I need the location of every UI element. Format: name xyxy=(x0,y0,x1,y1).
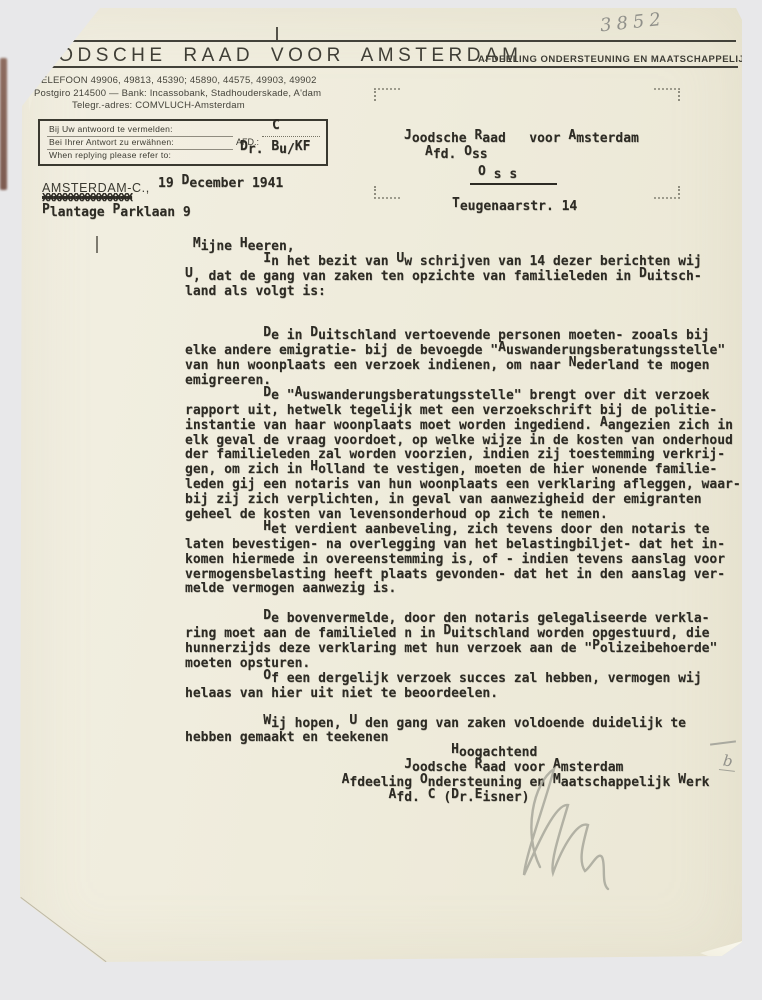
body-line: In het bezit van Uw schrijven van 14 dez… xyxy=(185,255,741,270)
body-line: elk geval de vraag voordoet, op welke wi… xyxy=(185,434,741,449)
recipient-city-text: O s s xyxy=(470,167,557,185)
body-line: U, dat de gang van zaken ten opzichte va… xyxy=(185,270,741,285)
typed-date: 19 December 1941 xyxy=(158,176,283,191)
recipient-line2: Afd. Oss xyxy=(425,147,488,162)
corner-mark-top-left xyxy=(374,88,400,101)
body-line: De "Auswanderungsberatungsstelle" brengt… xyxy=(185,389,741,404)
body-line xyxy=(185,300,741,315)
sender-street: Plantage Parklaan 9 xyxy=(42,205,191,220)
letter-paper: JOODSCHE RAAD VOOR AMSTERDAM AFDEELING O… xyxy=(20,8,742,966)
body-line: vermogensbelasting heeft plaats gevonden… xyxy=(185,568,741,583)
stray-tick-mark xyxy=(96,236,98,253)
body-line: land als volgt is: xyxy=(185,285,741,300)
ref-line-de: Bei Ihrer Antwort zu erwähnen: xyxy=(49,137,174,147)
recipient-city: O s s xyxy=(470,167,557,185)
body-line: helaas van hier uit niet te beoordeelen. xyxy=(185,687,741,702)
body-line: melde vermogen aanwezig is. xyxy=(185,582,741,597)
body-line: De bovenvermelde, door den notaris geleg… xyxy=(185,612,741,627)
body-line: gen, om zich in Holland te vestigen, moe… xyxy=(185,463,741,478)
afd-dotted-line xyxy=(262,136,320,137)
letter-body: Mijne Heeren, In het bezit van Uw schrij… xyxy=(185,240,741,806)
scanned-letter-scene: JOODSCHE RAAD VOOR AMSTERDAM AFDEELING O… xyxy=(0,0,762,1000)
body-line: der familieleden zal worden voorzien, in… xyxy=(185,448,741,463)
recipient-street: Teugenaarstr. 14 xyxy=(452,199,577,214)
body-line: bij zij zich verplichten, in geval van a… xyxy=(185,493,741,508)
body-line: elke andere emigratie- bij de bevoegde "… xyxy=(185,344,741,359)
ref-line-en: When replying please refer to: xyxy=(49,150,171,160)
letterhead-rule-bottom xyxy=(34,66,738,68)
body-line: instantie van haar woonplaats moet worde… xyxy=(185,419,741,434)
bank-line: Postgiro 214500 — Bank: Incassobank, Sta… xyxy=(34,88,321,99)
folded-corner-bottom-right xyxy=(700,938,746,967)
body-line: komen hiermede in overeenstemming is, of… xyxy=(185,553,741,568)
faint-stamp-mark xyxy=(34,44,56,66)
afd-value: C xyxy=(272,121,280,136)
body-line: rapport uit, hetwelk tegelijk met een ve… xyxy=(185,404,741,419)
body-line: Wij hopen, U den gang van zaken voldoend… xyxy=(185,717,741,732)
body-line: Het verdient aanbeveling, zich tevens do… xyxy=(185,523,741,538)
telegraph-line: Telegr.-adres: COMVLUCH-Amsterdam xyxy=(72,100,245,111)
ref-line-nl: Bij Uw antwoord te vermelden: xyxy=(49,124,173,134)
body-line: Of een dergelijk verzoek succes zal hebb… xyxy=(185,672,741,687)
fold-tick-mark xyxy=(276,27,278,40)
corner-mark-bottom-left xyxy=(374,186,400,199)
body-line: De in Duitschland vertoevende personen m… xyxy=(185,329,741,344)
letterhead-rule-top xyxy=(30,40,736,42)
dept-title: AFDEELING ONDERSTEUNING EN MAATSCHAPPELI… xyxy=(478,54,762,65)
body-line: laten bevestigen- na overlegging van het… xyxy=(185,538,741,553)
body-line: leden gij een notaris van hun woonplaats… xyxy=(185,478,741,493)
scan-edge-artifact xyxy=(0,58,7,190)
body-line: hunnerzijds deze verklaring met hun verz… xyxy=(185,642,741,657)
ref-code: Dr. Bu/KF xyxy=(240,142,310,157)
reference-box: Bij Uw antwoord te vermelden: Bei Ihrer … xyxy=(38,119,328,166)
pencil-signature-scribble xyxy=(455,745,675,895)
recipient-line1: Joodsche Raad voor Amsterdam xyxy=(404,131,639,146)
crease-bottom-left xyxy=(20,897,106,962)
body-line: van hun woonplaats een verzoek indienen,… xyxy=(185,359,741,374)
phone-line: TELEFOON 49906, 49813, 45390; 45890, 445… xyxy=(35,75,317,86)
corner-mark-bottom-right xyxy=(654,186,680,199)
pencil-archive-number: 3852 xyxy=(599,9,667,37)
body-line: ring moet aan de familieled n in Duitsch… xyxy=(185,627,741,642)
pencil-letter-mark: b xyxy=(719,751,737,772)
org-title: JOODSCHE RAAD VOOR AMSTERDAM xyxy=(25,45,523,67)
corner-mark-top-right xyxy=(654,88,680,101)
